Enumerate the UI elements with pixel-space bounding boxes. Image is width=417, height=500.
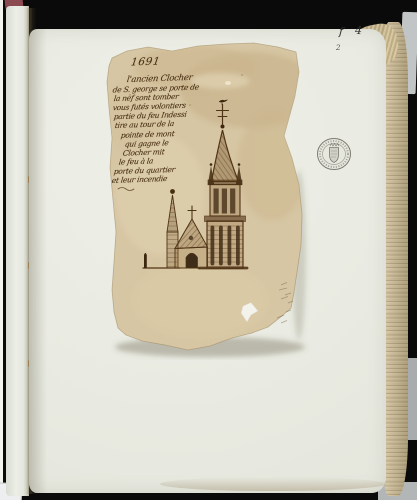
page-bottom-stain	[160, 477, 386, 491]
scan-frame-edge	[0, 0, 3, 500]
folio-mark: 4	[355, 24, 362, 37]
date-inscription: 1691	[130, 55, 161, 68]
library-stamp-icon	[318, 139, 351, 170]
manuscript-scan: 1691 l'ancien Clocher de S. george se po…	[0, 0, 417, 500]
folio-mark: 2	[336, 44, 340, 52]
fore-edge-page-stack	[383, 22, 408, 496]
